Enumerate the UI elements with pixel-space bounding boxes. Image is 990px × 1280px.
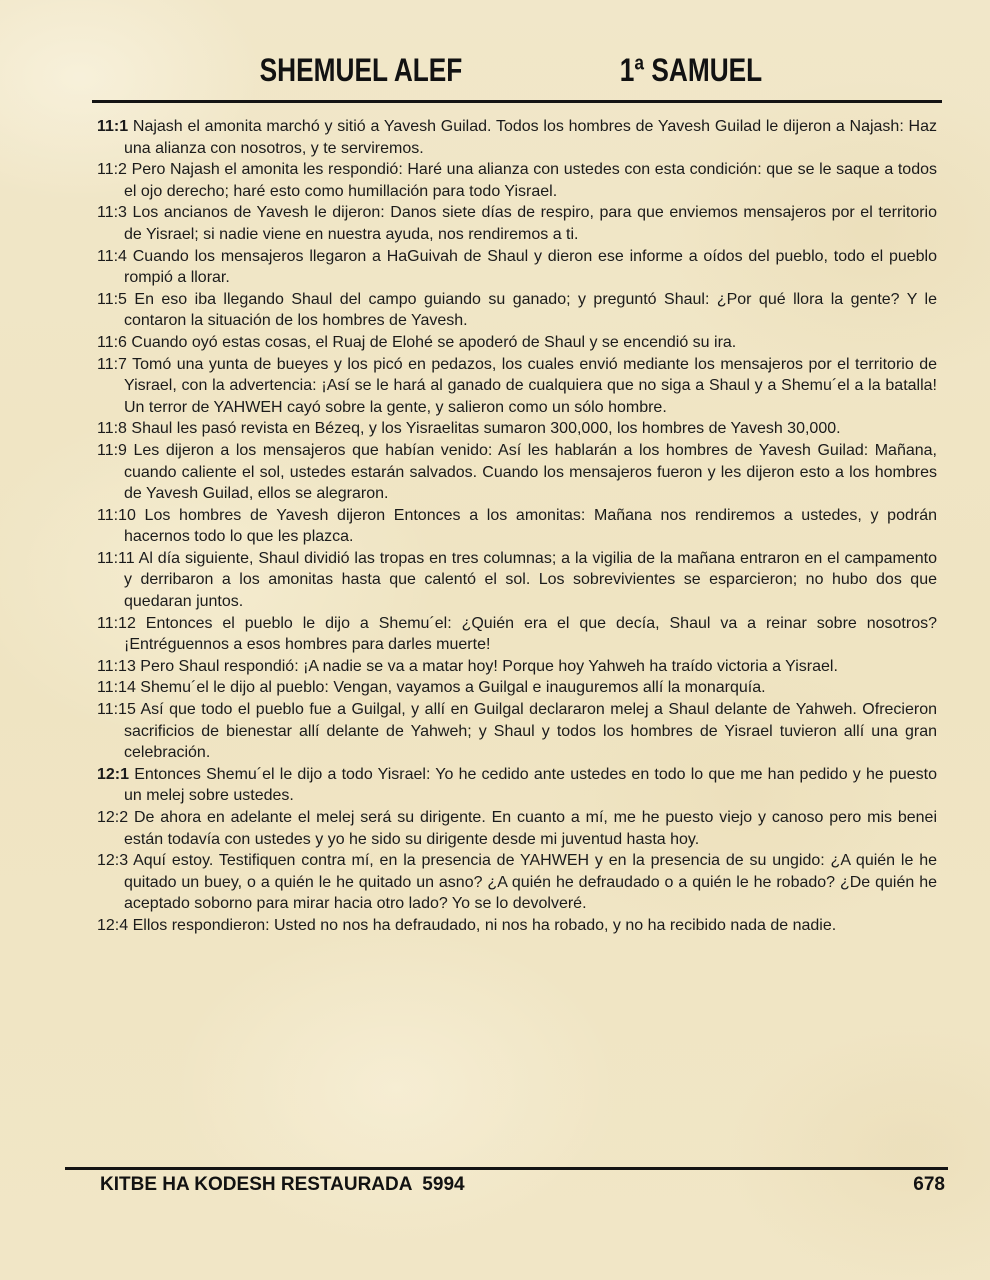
verse-ref: 11:4 [97,248,127,265]
verse-list: 11:1 Najash el amonita marchó y sitió a … [97,116,937,937]
verse-text: Al día siguiente, Shaul dividió las trop… [124,550,937,610]
verse: 11:10 Los hombres de Yavesh dijeron Ento… [97,505,937,548]
verse-text: En eso iba llegando Shaul del campo guia… [124,291,937,330]
verse-text: Entonces Shemu´el le dijo a todo Yisrael… [124,766,937,805]
verse: 11:15 Así que todo el pueblo fue a Guilg… [97,699,937,764]
verse: 11:12 Entonces el pueblo le dijo a Shemu… [97,613,937,656]
verse: 12:3 Aquí estoy. Testifiquen contra mí, … [97,850,937,915]
verse-text: Tomó una yunta de bueyes y los picó en p… [124,356,937,416]
verse-text: De ahora en adelante el melej será su di… [124,809,937,848]
verse-ref: 11:2 [97,161,127,178]
verse: 12:2 De ahora en adelante el melej será … [97,807,937,850]
verse-text: Cuando los mensajeros llegaron a HaGuiva… [124,248,937,287]
verse: 11:6 Cuando oyó estas cosas, el Ruaj de … [97,332,937,354]
verse: 11:7 Tomó una yunta de bueyes y los picó… [97,354,937,419]
page-footer: KITBE HA KODESH RESTAURADA 5994 678 [100,1174,945,1196]
scripture-page: SHEMUEL ALEF 1ª SAMUEL 11:1 Najash el am… [0,0,990,1280]
verse: 11:13 Pero Shaul respondió: ¡A nadie se … [97,656,937,678]
verse-ref: 11:3 [97,204,127,221]
verse-ref: 11:12 [97,615,136,632]
verse-ref: 12:3 [97,852,128,869]
verse-ref: 12:2 [97,809,128,826]
verse: 11:14 Shemu´el le dijo al pueblo: Vengan… [97,677,937,699]
verse-text: Les dijeron a los mensajeros que habían … [124,442,937,502]
header-rule [92,100,942,103]
verse-text: Cuando oyó estas cosas, el Ruaj de Elohé… [127,334,736,351]
verse-text: Pero Shaul respondió: ¡A nadie se va a m… [136,658,838,675]
footer-page-number: 678 [913,1174,945,1196]
verse-ref: 11:7 [97,356,127,373]
footer-rule [65,1167,948,1170]
verse-ref: 11:9 [97,442,127,459]
verse-ref: 11:14 [97,679,136,696]
verse: 11:2 Pero Najash el amonita les respondi… [97,159,937,202]
verse: 11:11 Al día siguiente, Shaul dividió la… [97,548,937,613]
verse-ref: 12:1 [97,766,129,783]
verse-text: Así que todo el pueblo fue a Guilgal, y … [124,701,937,761]
verse-text: Los ancianos de Yavesh le dijeron: Danos… [124,204,937,243]
verse-text: Aquí estoy. Testifiquen contra mí, en la… [124,852,937,912]
verse-ref: 11:8 [97,420,127,437]
verse: 11:5 En eso iba llegando Shaul del campo… [97,289,937,332]
footer-edition-label: KITBE HA KODESH RESTAURADA 5994 [100,1174,465,1196]
verse-text: Najash el amonita marchó y sitió a Yaves… [124,118,937,157]
verse: 11:8 Shaul les pasó revista en Bézeq, y … [97,418,937,440]
verse-ref: 12:4 [97,917,128,934]
verse-ref: 11:1 [97,118,128,135]
verse-ref: 11:6 [97,334,127,351]
verse-ref: 11:13 [97,658,136,675]
verse-ref: 11:15 [97,701,136,718]
verse: 11:1 Najash el amonita marchó y sitió a … [97,116,937,159]
verse: 11:9 Les dijeron a los mensajeros que ha… [97,440,937,505]
verse: 12:4 Ellos respondieron: Usted no nos ha… [97,915,937,937]
verse-text: Entonces el pueblo le dijo a Shemu´el: ¿… [124,615,937,654]
verse-text: Los hombres de Yavesh dijeron Entonces a… [124,507,937,546]
verse-text: Pero Najash el amonita les respondió: Ha… [124,161,937,200]
verse-ref: 11:11 [97,550,135,567]
verse-text: Shemu´el le dijo al pueblo: Vengan, vaya… [136,679,766,696]
verse-text: Shaul les pasó revista en Bézeq, y los Y… [127,420,841,437]
verse: 11:4 Cuando los mensajeros llegaron a Ha… [97,246,937,289]
verse-ref: 11:5 [97,291,127,308]
verse: 12:1 Entonces Shemu´el le dijo a todo Yi… [97,764,937,807]
verse-ref: 11:10 [97,507,136,524]
page-title-hebrew: SHEMUEL ALEF [229,52,493,92]
verse: 11:3 Los ancianos de Yavesh le dijeron: … [97,202,937,245]
verse-text: Ellos respondieron: Usted no nos ha defr… [128,917,836,934]
page-title-spanish: 1ª SAMUEL [584,52,799,92]
